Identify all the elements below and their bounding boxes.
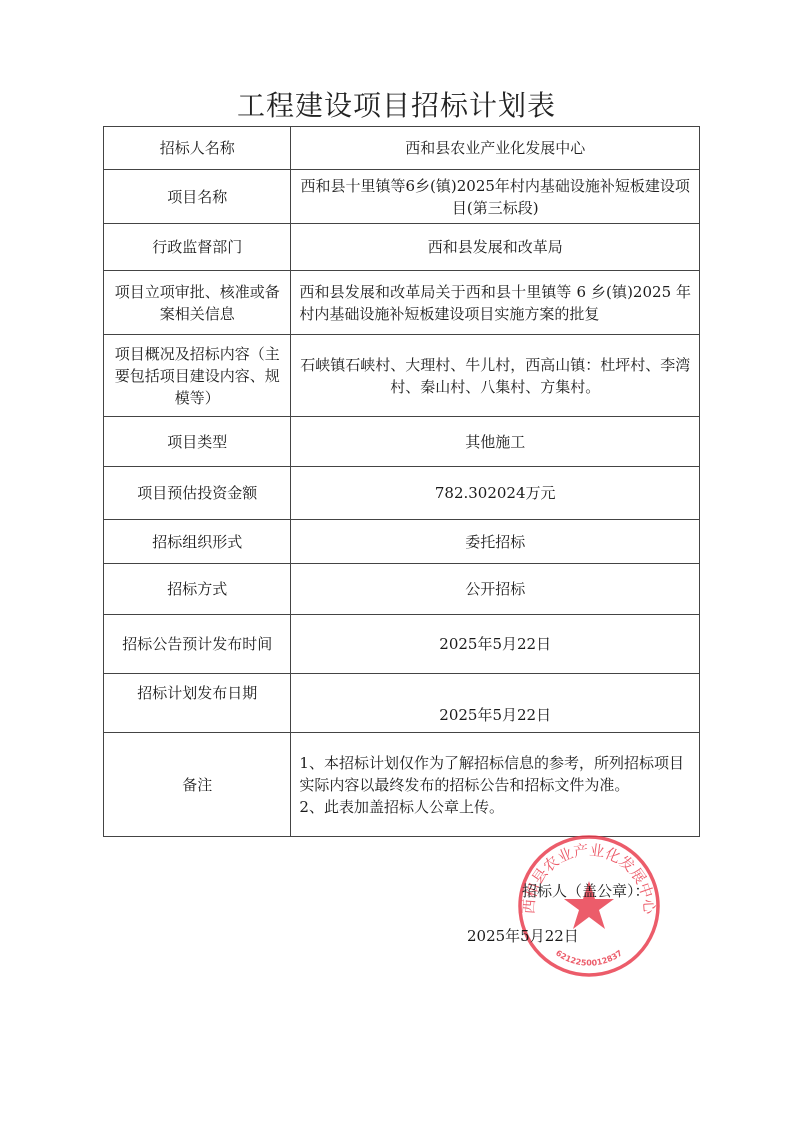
row-value: 西和县农业产业化发展中心 (291, 127, 700, 170)
table-row: 项目立项审批、核准或备案相关信息 西和县发展和改革局关于西和县十里镇等 6 乡(… (104, 271, 700, 335)
row-label: 招标人名称 (104, 127, 291, 170)
table-row: 项目概况及招标内容（主要包括项目建设内容、规模等） 石峡镇石峡村、大理村、牛儿村… (104, 335, 700, 417)
table-row: 招标计划发布日期 2025年5月22日 (104, 674, 700, 733)
page-title: 工程建设项目招标计划表 (0, 84, 793, 124)
official-seal-icon: 西和县农业产业化发展中心 6212250012837 (516, 833, 662, 979)
row-label: 招标方式 (104, 564, 291, 615)
row-label: 招标计划发布日期 (104, 674, 291, 733)
row-value: 西和县发展和改革局关于西和县十里镇等 6 乡(镇)2025 年村内基础设施补短板… (291, 271, 700, 335)
row-value: 石峡镇石峡村、大理村、牛儿村，西高山镇：杜坪村、李湾村、秦山村、八集村、方集村。 (291, 335, 700, 417)
table-row: 项目名称 西和县十里镇等6乡(镇)2025年村内基础设施补短板建设项目(第三标段… (104, 170, 700, 224)
row-label: 招标公告预计发布时间 (104, 615, 291, 674)
row-value: 2025年5月22日 (291, 615, 700, 674)
row-label: 行政监督部门 (104, 224, 291, 271)
row-label: 项目立项审批、核准或备案相关信息 (104, 271, 291, 335)
row-value: 委托招标 (291, 520, 700, 564)
table-row: 招标组织形式 委托招标 (104, 520, 700, 564)
row-value: 782.302024万元 (291, 467, 700, 520)
table-row: 项目类型 其他施工 (104, 417, 700, 467)
table-row: 行政监督部门 西和县发展和改革局 (104, 224, 700, 271)
remark-line-2: 2、此表加盖招标人公章上传。 (299, 796, 691, 818)
signature-label: 招标人（盖公章）： (522, 880, 650, 901)
row-value: 其他施工 (291, 417, 700, 467)
row-value: 西和县十里镇等6乡(镇)2025年村内基础设施补短板建设项目(第三标段) (291, 170, 700, 224)
row-value: 2025年5月22日 (291, 674, 700, 733)
svg-text:6212250012837: 6212250012837 (554, 948, 624, 967)
row-label: 项目类型 (104, 417, 291, 467)
row-label: 项目名称 (104, 170, 291, 224)
table-row: 招标公告预计发布时间 2025年5月22日 (104, 615, 700, 674)
row-value: 西和县发展和改革局 (291, 224, 700, 271)
row-label: 项目概况及招标内容（主要包括项目建设内容、规模等） (104, 335, 291, 417)
tender-plan-table: 招标人名称 西和县农业产业化发展中心 项目名称 西和县十里镇等6乡(镇)2025… (103, 126, 700, 837)
remark-line-1: 1、本招标计划仅作为了解招标信息的参考，所列招标项目实际内容以最终发布的招标公告… (299, 752, 691, 796)
table-row: 备注 1、本招标计划仅作为了解招标信息的参考，所列招标项目实际内容以最终发布的招… (104, 733, 700, 837)
signature-date: 2025年5月22日 (467, 925, 579, 946)
row-label: 备注 (104, 733, 291, 837)
row-value: 公开招标 (291, 564, 700, 615)
row-label: 招标组织形式 (104, 520, 291, 564)
table-row: 招标方式 公开招标 (104, 564, 700, 615)
row-label: 项目预估投资金额 (104, 467, 291, 520)
remarks-cell: 1、本招标计划仅作为了解招标信息的参考，所列招标项目实际内容以最终发布的招标公告… (291, 733, 700, 837)
table-row: 项目预估投资金额 782.302024万元 (104, 467, 700, 520)
table-row: 招标人名称 西和县农业产业化发展中心 (104, 127, 700, 170)
